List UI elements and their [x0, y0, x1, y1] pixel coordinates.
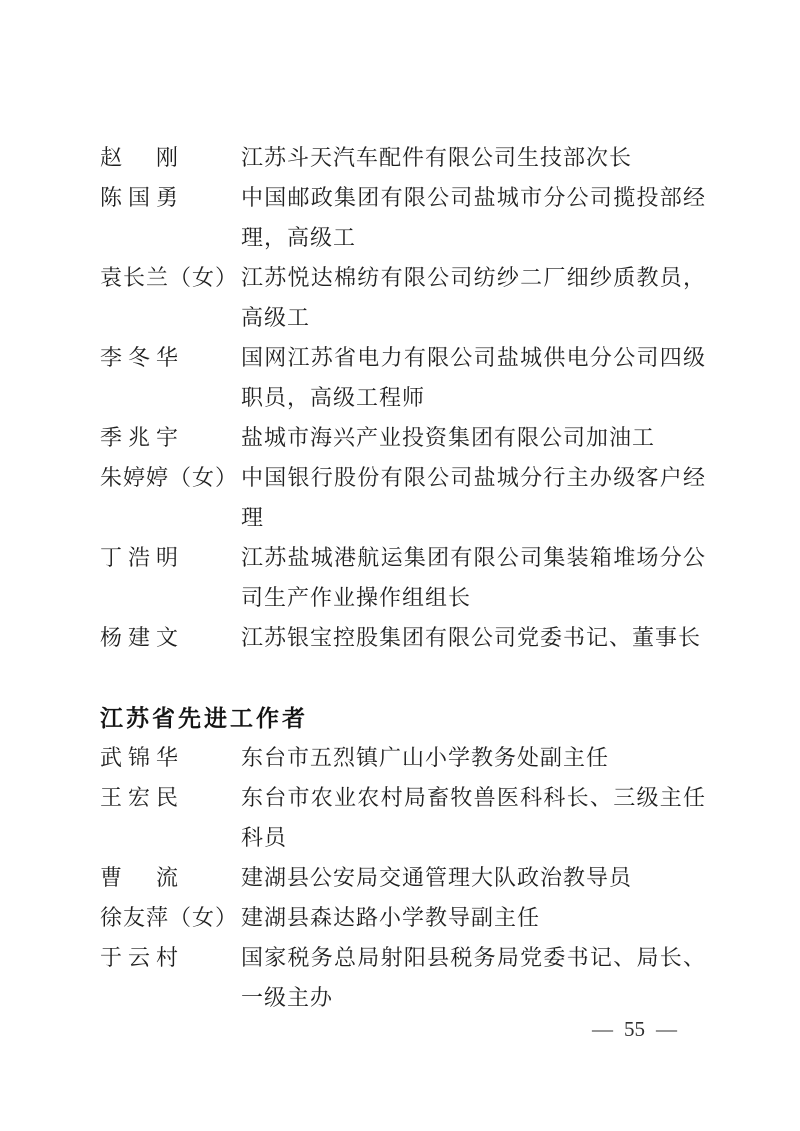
recipient-name: 杨建文 — [100, 618, 241, 658]
award-entry: 季兆宇 盐城市海兴产业投资集团有限公司加油工 — [100, 418, 706, 458]
page-footer: — 55 — — [592, 1016, 677, 1042]
recipient-name: 于云村 — [100, 938, 241, 978]
award-entry: 李冬华 国网江苏省电力有限公司盐城供电分公司四级职员，高级工程师 — [100, 338, 706, 418]
recipient-name: 季兆宇 — [100, 418, 241, 458]
recipient-title: 江苏银宝控股集团有限公司党委书记、董事长 — [241, 618, 706, 658]
page-number: 55 — [624, 1016, 645, 1042]
recipient-name: 袁长兰（女） — [100, 258, 241, 298]
award-entry: 杨建文 江苏银宝控股集团有限公司党委书记、董事长 — [100, 618, 706, 658]
section-title: 江苏省先进工作者 — [100, 698, 706, 738]
recipient-title: 建湖县公安局交通管理大队政治教导员 — [241, 858, 706, 898]
recipient-name: 朱婷婷（女） — [100, 458, 241, 498]
recipient-title: 盐城市海兴产业投资集团有限公司加油工 — [241, 418, 706, 458]
award-entry: 曹 流 建湖县公安局交通管理大队政治教导员 — [100, 858, 706, 898]
recipient-name: 丁浩明 — [100, 538, 241, 578]
recipient-title: 江苏盐城港航运集团有限公司集装箱堆场分公司生产作业操作组组长 — [241, 538, 706, 618]
award-entry: 赵 刚 江苏斗天汽车配件有限公司生技部次长 — [100, 138, 706, 178]
recipient-title: 江苏悦达棉纺有限公司纺纱二厂细纱质教员，高级工 — [241, 258, 706, 338]
recipient-name: 徐友萍（女） — [100, 898, 241, 938]
footer-dash-right: — — [656, 1016, 677, 1042]
award-entry: 陈国勇 中国邮政集团有限公司盐城市分公司揽投部经理，高级工 — [100, 178, 706, 258]
recipient-title: 中国银行股份有限公司盐城分行主办级客户经理 — [241, 458, 706, 538]
recipient-name: 王宏民 — [100, 778, 241, 818]
recipient-title: 建湖县森达路小学教导副主任 — [241, 898, 706, 938]
recipient-name: 李冬华 — [100, 338, 241, 378]
recipient-name: 武锦华 — [100, 738, 241, 778]
award-entry: 丁浩明 江苏盐城港航运集团有限公司集装箱堆场分公司生产作业操作组组长 — [100, 538, 706, 618]
award-entry: 武锦华 东台市五烈镇广山小学教务处副主任 — [100, 738, 706, 778]
recipient-title: 东台市农业农村局畜牧兽医科科长、三级主任科员 — [241, 778, 706, 858]
recipient-title: 中国邮政集团有限公司盐城市分公司揽投部经理，高级工 — [241, 178, 706, 258]
award-entry: 朱婷婷（女） 中国银行股份有限公司盐城分行主办级客户经理 — [100, 458, 706, 538]
recipient-title: 江苏斗天汽车配件有限公司生技部次长 — [241, 138, 706, 178]
award-entry: 于云村 国家税务总局射阳县税务局党委书记、局长、一级主办 — [100, 938, 706, 1018]
recipient-title: 国网江苏省电力有限公司盐城供电分公司四级职员，高级工程师 — [241, 338, 706, 418]
recipient-name: 赵 刚 — [100, 138, 241, 178]
recipient-title: 东台市五烈镇广山小学教务处副主任 — [241, 738, 706, 778]
award-entry: 徐友萍（女） 建湖县森达路小学教导副主任 — [100, 898, 706, 938]
award-entry: 王宏民 东台市农业农村局畜牧兽医科科长、三级主任科员 — [100, 778, 706, 858]
recipient-name: 曹 流 — [100, 858, 241, 898]
footer-dash-left: — — [592, 1016, 613, 1042]
award-entry: 袁长兰（女） 江苏悦达棉纺有限公司纺纱二厂细纱质教员，高级工 — [100, 258, 706, 338]
document-page: 赵 刚 江苏斗天汽车配件有限公司生技部次长 陈国勇 中国邮政集团有限公司盐城市分… — [100, 138, 706, 1018]
recipient-title: 国家税务总局射阳县税务局党委书记、局长、一级主办 — [241, 938, 706, 1018]
recipient-name: 陈国勇 — [100, 178, 241, 218]
